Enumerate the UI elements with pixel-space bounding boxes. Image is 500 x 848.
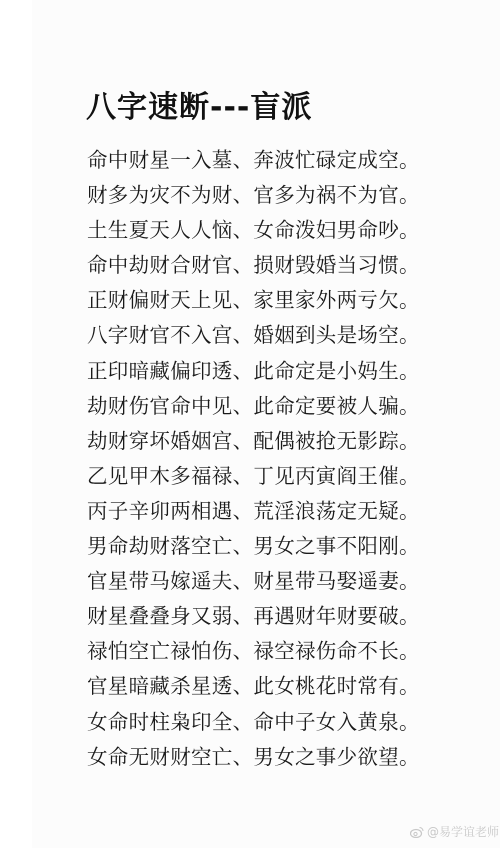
verse-line: 男命劫财落空亡、男女之事不阳刚。	[87, 529, 420, 564]
verse-line: 财星叠叠身又弱、再遇财年财要破。	[87, 599, 420, 634]
verse-line: 命中财星一入墓、奔波忙碌定成空。	[87, 143, 420, 178]
verse-line: 正财偏财天上见、家里家外两亏欠。	[87, 283, 420, 318]
verse-line: 命中劫财合财官、损财毁婚当习惯。	[87, 248, 420, 283]
verse-line: 正印暗藏偏印透、此命定是小妈生。	[87, 354, 420, 389]
weibo-icon	[410, 826, 424, 838]
verse-line: 劫财穿坏婚姻宫、配偶被抢无影踪。	[87, 424, 420, 459]
verse-line: 官星暗藏杀星透、此女桃花时常有。	[87, 669, 420, 704]
watermark-text: @易学谊老师	[427, 823, 499, 840]
verse-line: 土生夏天人人恼、女命泼妇男命吵。	[87, 213, 420, 248]
page-title: 八字速断---盲派	[86, 88, 312, 128]
verse-line: 女命时柱枭印全、命中子女入黄泉。	[87, 705, 420, 740]
verse-line: 八字财官不入宫、婚姻到头是场空。	[87, 318, 420, 353]
verse-line: 丙子辛卯两相遇、荒淫浪荡定无疑。	[87, 494, 420, 529]
verse-line: 禄怕空亡禄怕伤、禄空禄伤命不长。	[87, 634, 420, 669]
verse-line: 女命无财财空亡、男女之事少欲望。	[87, 740, 420, 775]
verse-line: 乙见甲木多福禄、丁见丙寅阎王催。	[87, 459, 420, 494]
verse-line: 财多为灾不为财、官多为祸不为官。	[87, 178, 420, 213]
verse-line: 劫财伤官命中见、此命定要被人骗。	[87, 389, 420, 424]
verse-list: 命中财星一入墓、奔波忙碌定成空。 财多为灾不为财、官多为祸不为官。 土生夏天人人…	[87, 143, 420, 775]
watermark: @易学谊老师	[410, 823, 499, 840]
verse-line: 官星带马嫁遥夫、财星带马娶遥妻。	[87, 564, 420, 599]
